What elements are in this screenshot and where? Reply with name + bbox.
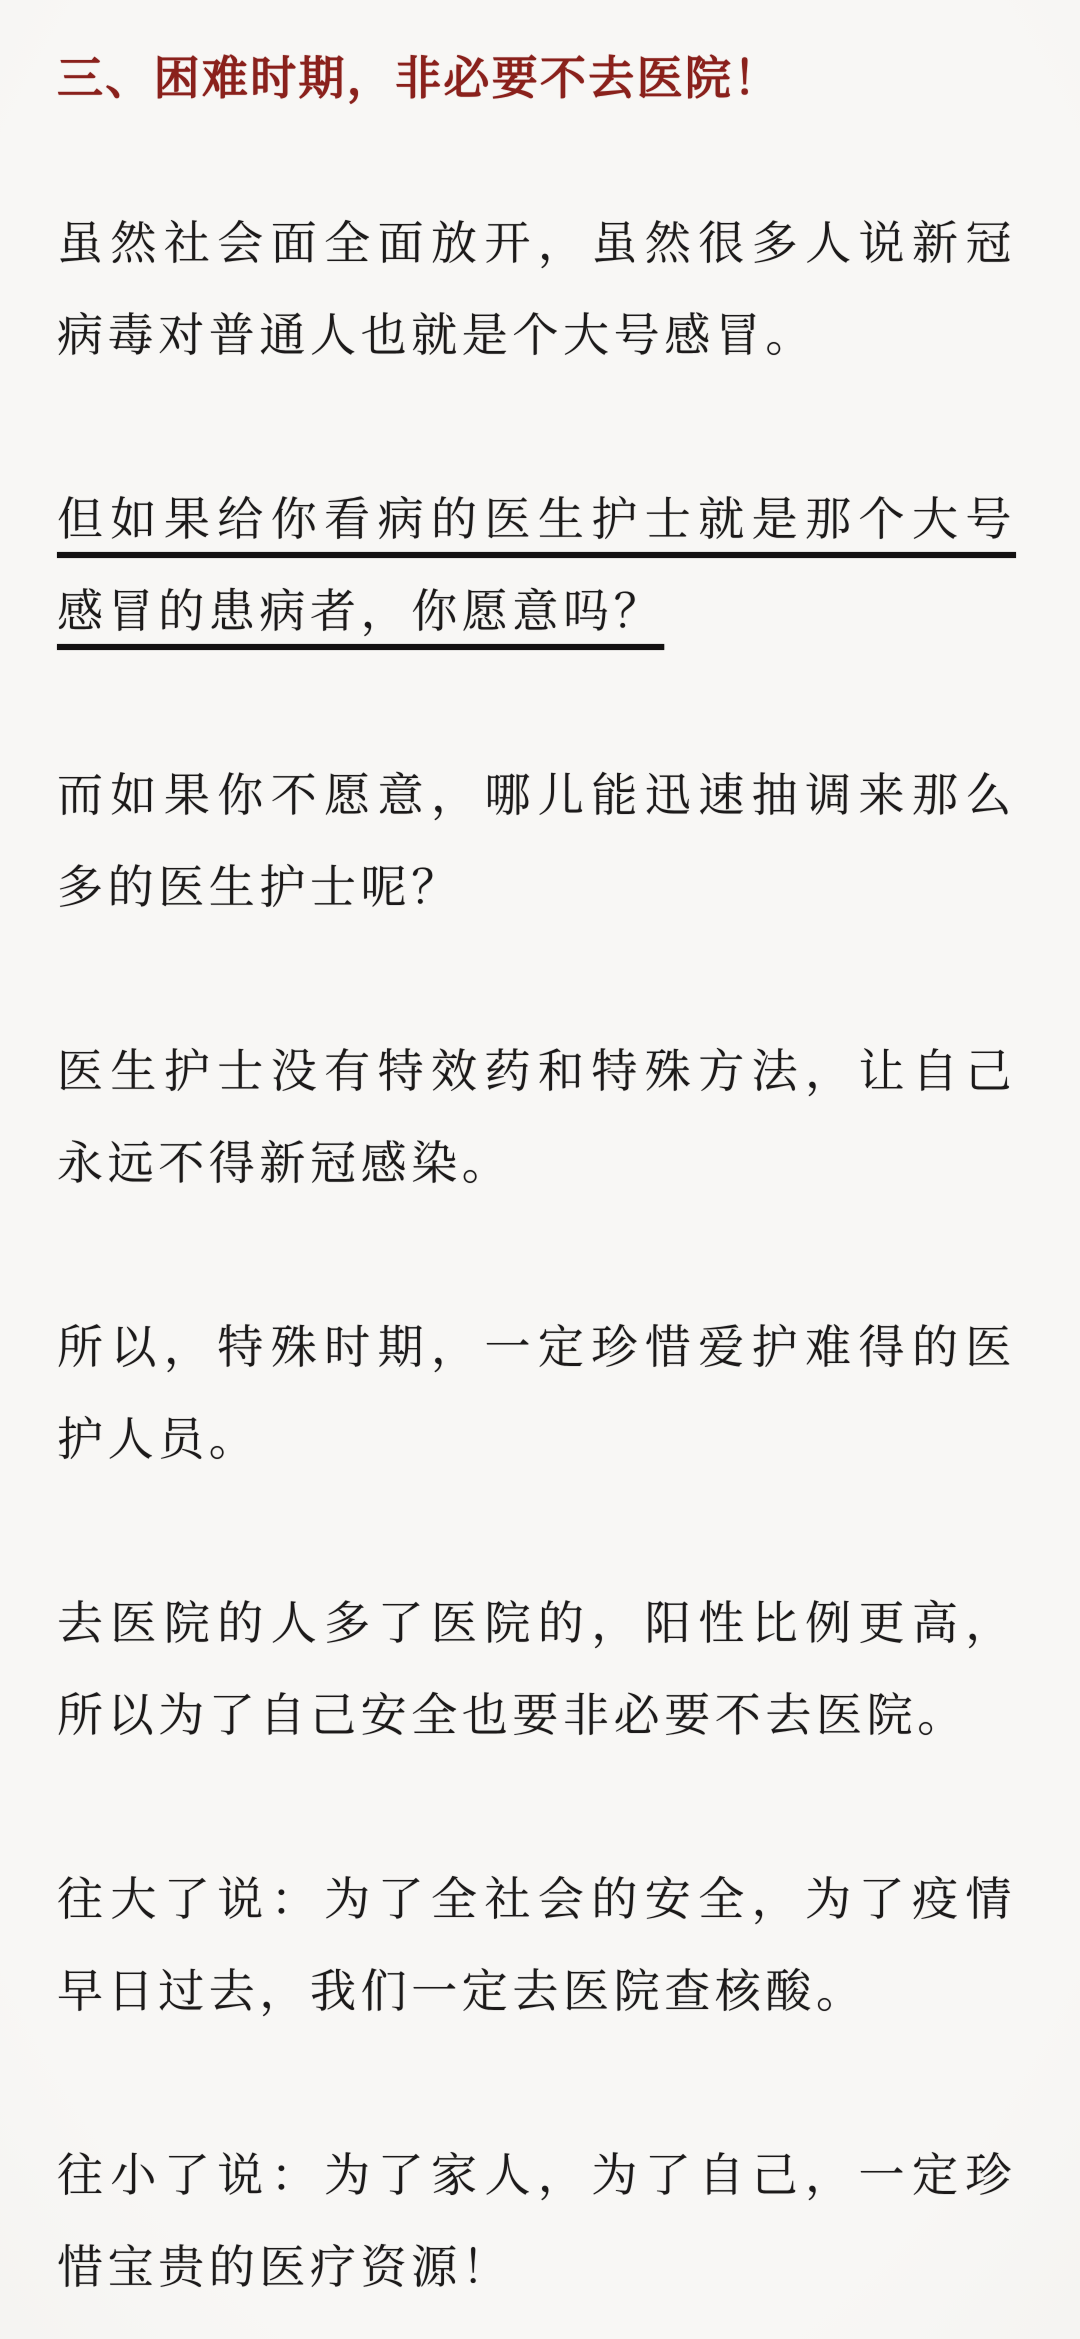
paragraph: 虽然社会面全面放开，虽然很多人说新冠病毒对普通人也就是个大号感冒。 xyxy=(57,198,1016,382)
article-page: 三、困难时期，非必要不去医院！ 虽然社会面全面放开，虽然很多人说新冠病毒对普通人… xyxy=(0,0,1080,2339)
underlined-paragraph: 但如果给你看病的医生护士就是那个大号感冒的患病者，你愿意吗？ xyxy=(57,474,1016,658)
section-heading: 三、困难时期，非必要不去医院！ xyxy=(57,46,1016,112)
paragraph: 医生护士没有特效药和特殊方法，让自己永远不得新冠感染。 xyxy=(57,1026,1016,1210)
paragraph: 而如果你不愿意，哪儿能迅速抽调来那么多的医生护士呢？ xyxy=(57,750,1016,934)
paragraph: 往小了说：为了家人，为了自己，一定珍惜宝贵的医疗资源！ xyxy=(57,2130,1016,2314)
paragraph: 去医院的人多了医院的，阳性比例更高，所以为了自己安全也要非必要不去医院。 xyxy=(57,1578,1016,1762)
paragraph: 往大了说：为了全社会的安全，为了疫情早日过去，我们一定去医院查核酸。 xyxy=(57,1854,1016,2038)
paragraph: 所以，特殊时期，一定珍惜爱护难得的医护人员。 xyxy=(57,1302,1016,1486)
